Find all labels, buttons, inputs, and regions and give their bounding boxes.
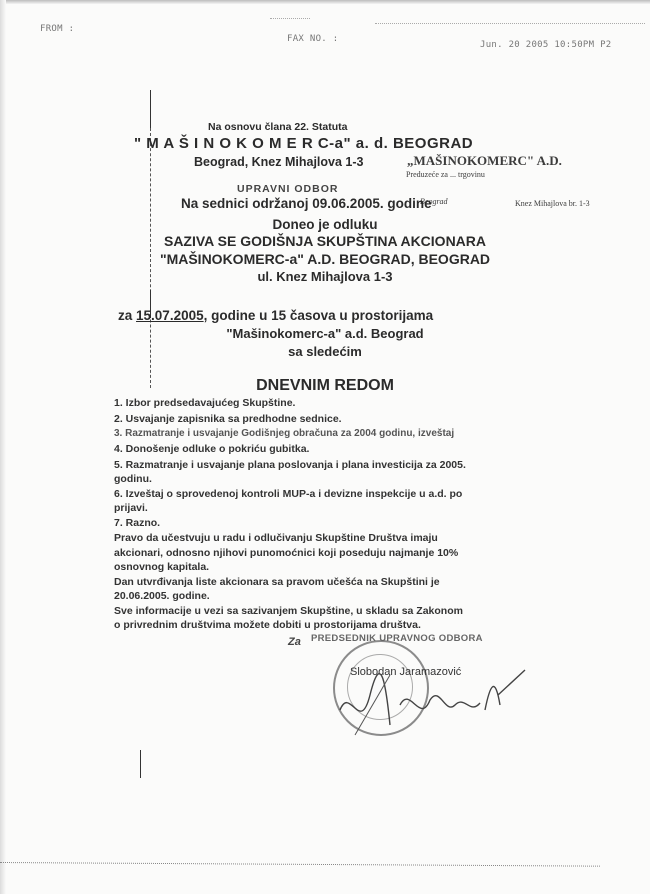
note-line: akcionari, odnosno njihovi punomoćnici k… [114,547,458,559]
note-line: Dan utvrđivanja liste akcionara sa pravo… [114,576,440,588]
agenda-item: 2. Usvajanje zapisnika sa predhodne sedn… [114,413,342,425]
agenda-item-continued: prijavi. [114,502,148,514]
scan-line [150,90,151,128]
note-line: o privrednim društvima možete dobiti u p… [114,619,421,631]
agenda-item: 4. Donošenje odluke o pokriću gubitka. [114,443,309,455]
company-name-heading: " M A Š I N O K O M E R C-a" a. d. BEOGR… [134,135,473,152]
meeting-date-line: za 15.07.2005, godine u 15 časova u pros… [118,308,433,323]
announcement-address: ul. Knez Mihajlova 1-3 [0,269,650,284]
stamp-address: Knez Mihajlova br. 1-3 [515,199,590,208]
scan-artifact [0,862,600,867]
session-line: Na sednici održanoj 09.06.2005. godine [181,196,432,211]
fax-timestamp: Jun. 20 2005 10:50PM P2 [480,40,612,50]
handwritten-signature [330,665,530,745]
date-prefix: za [118,308,132,323]
agenda-item: 6. Izveštaj o sprovedenoj kontroli MUP-a… [114,488,462,500]
agenda-title: DNEVNIM REDOM [0,377,650,395]
note-line: Pravo da učestvuju u radu i odlučivanju … [114,532,438,544]
announcement-line-2: "MAŠINOKOMERC-a" A.D. BEOGRAD, BEOGRAD [0,251,650,267]
note-line: Sve informacije u vezi sa sazivanjem Sku… [114,605,463,617]
fax-from-label: FROM : [40,24,74,34]
agenda-item: 1. Izbor predsedavajućeg Skupštine. [114,397,295,409]
company-address: Beograd, Knez Mihajlova 1-3 [194,155,363,169]
legal-basis: Na osnovu člana 22. Statuta [208,121,347,133]
agenda-item-continued: godinu. [114,473,152,485]
board-label: UPRAVNI ODBOR [237,183,338,195]
agenda-item: 3. Razmatranje i usvajanje Godišnjeg obr… [114,428,454,439]
signature-prefix: Za [288,636,301,648]
signatory-title: PREDSEDNIK UPRAVNOG ODBORA [311,633,483,644]
stamp-subtitle: Preduzeće za ... trgovinu [406,170,485,179]
stamp-company: „MAŠINOKOMERC" A.D. [407,153,562,169]
scan-artifact [270,18,310,19]
agenda-intro: sa sledećim [0,344,650,359]
scan-left-edge [0,0,6,894]
meeting-time-place: , godine u 15 časova u prostorijama [204,308,434,323]
meeting-date: 15.07.2005 [136,308,204,323]
decision-line: Doneo je odluku [0,217,650,232]
scan-line [140,750,141,778]
agenda-item: 5. Razmatranje i usvajanje plana poslova… [114,459,466,471]
announcement-line-1: SAZIVA SE GODIŠNJA SKUPŠTINA AKCIONARA [0,233,650,249]
note-line: osnovnog kapitala. [114,561,209,573]
note-line: 20.06.2005. godine. [114,590,210,602]
fax-number-label: FAX NO. : [287,34,338,44]
agenda-item: 7. Razno. [114,517,160,529]
scan-top-edge [0,0,650,4]
meeting-venue: "Mašinokomerc-a" a.d. Beograd [0,326,650,341]
scan-artifact [375,23,645,24]
